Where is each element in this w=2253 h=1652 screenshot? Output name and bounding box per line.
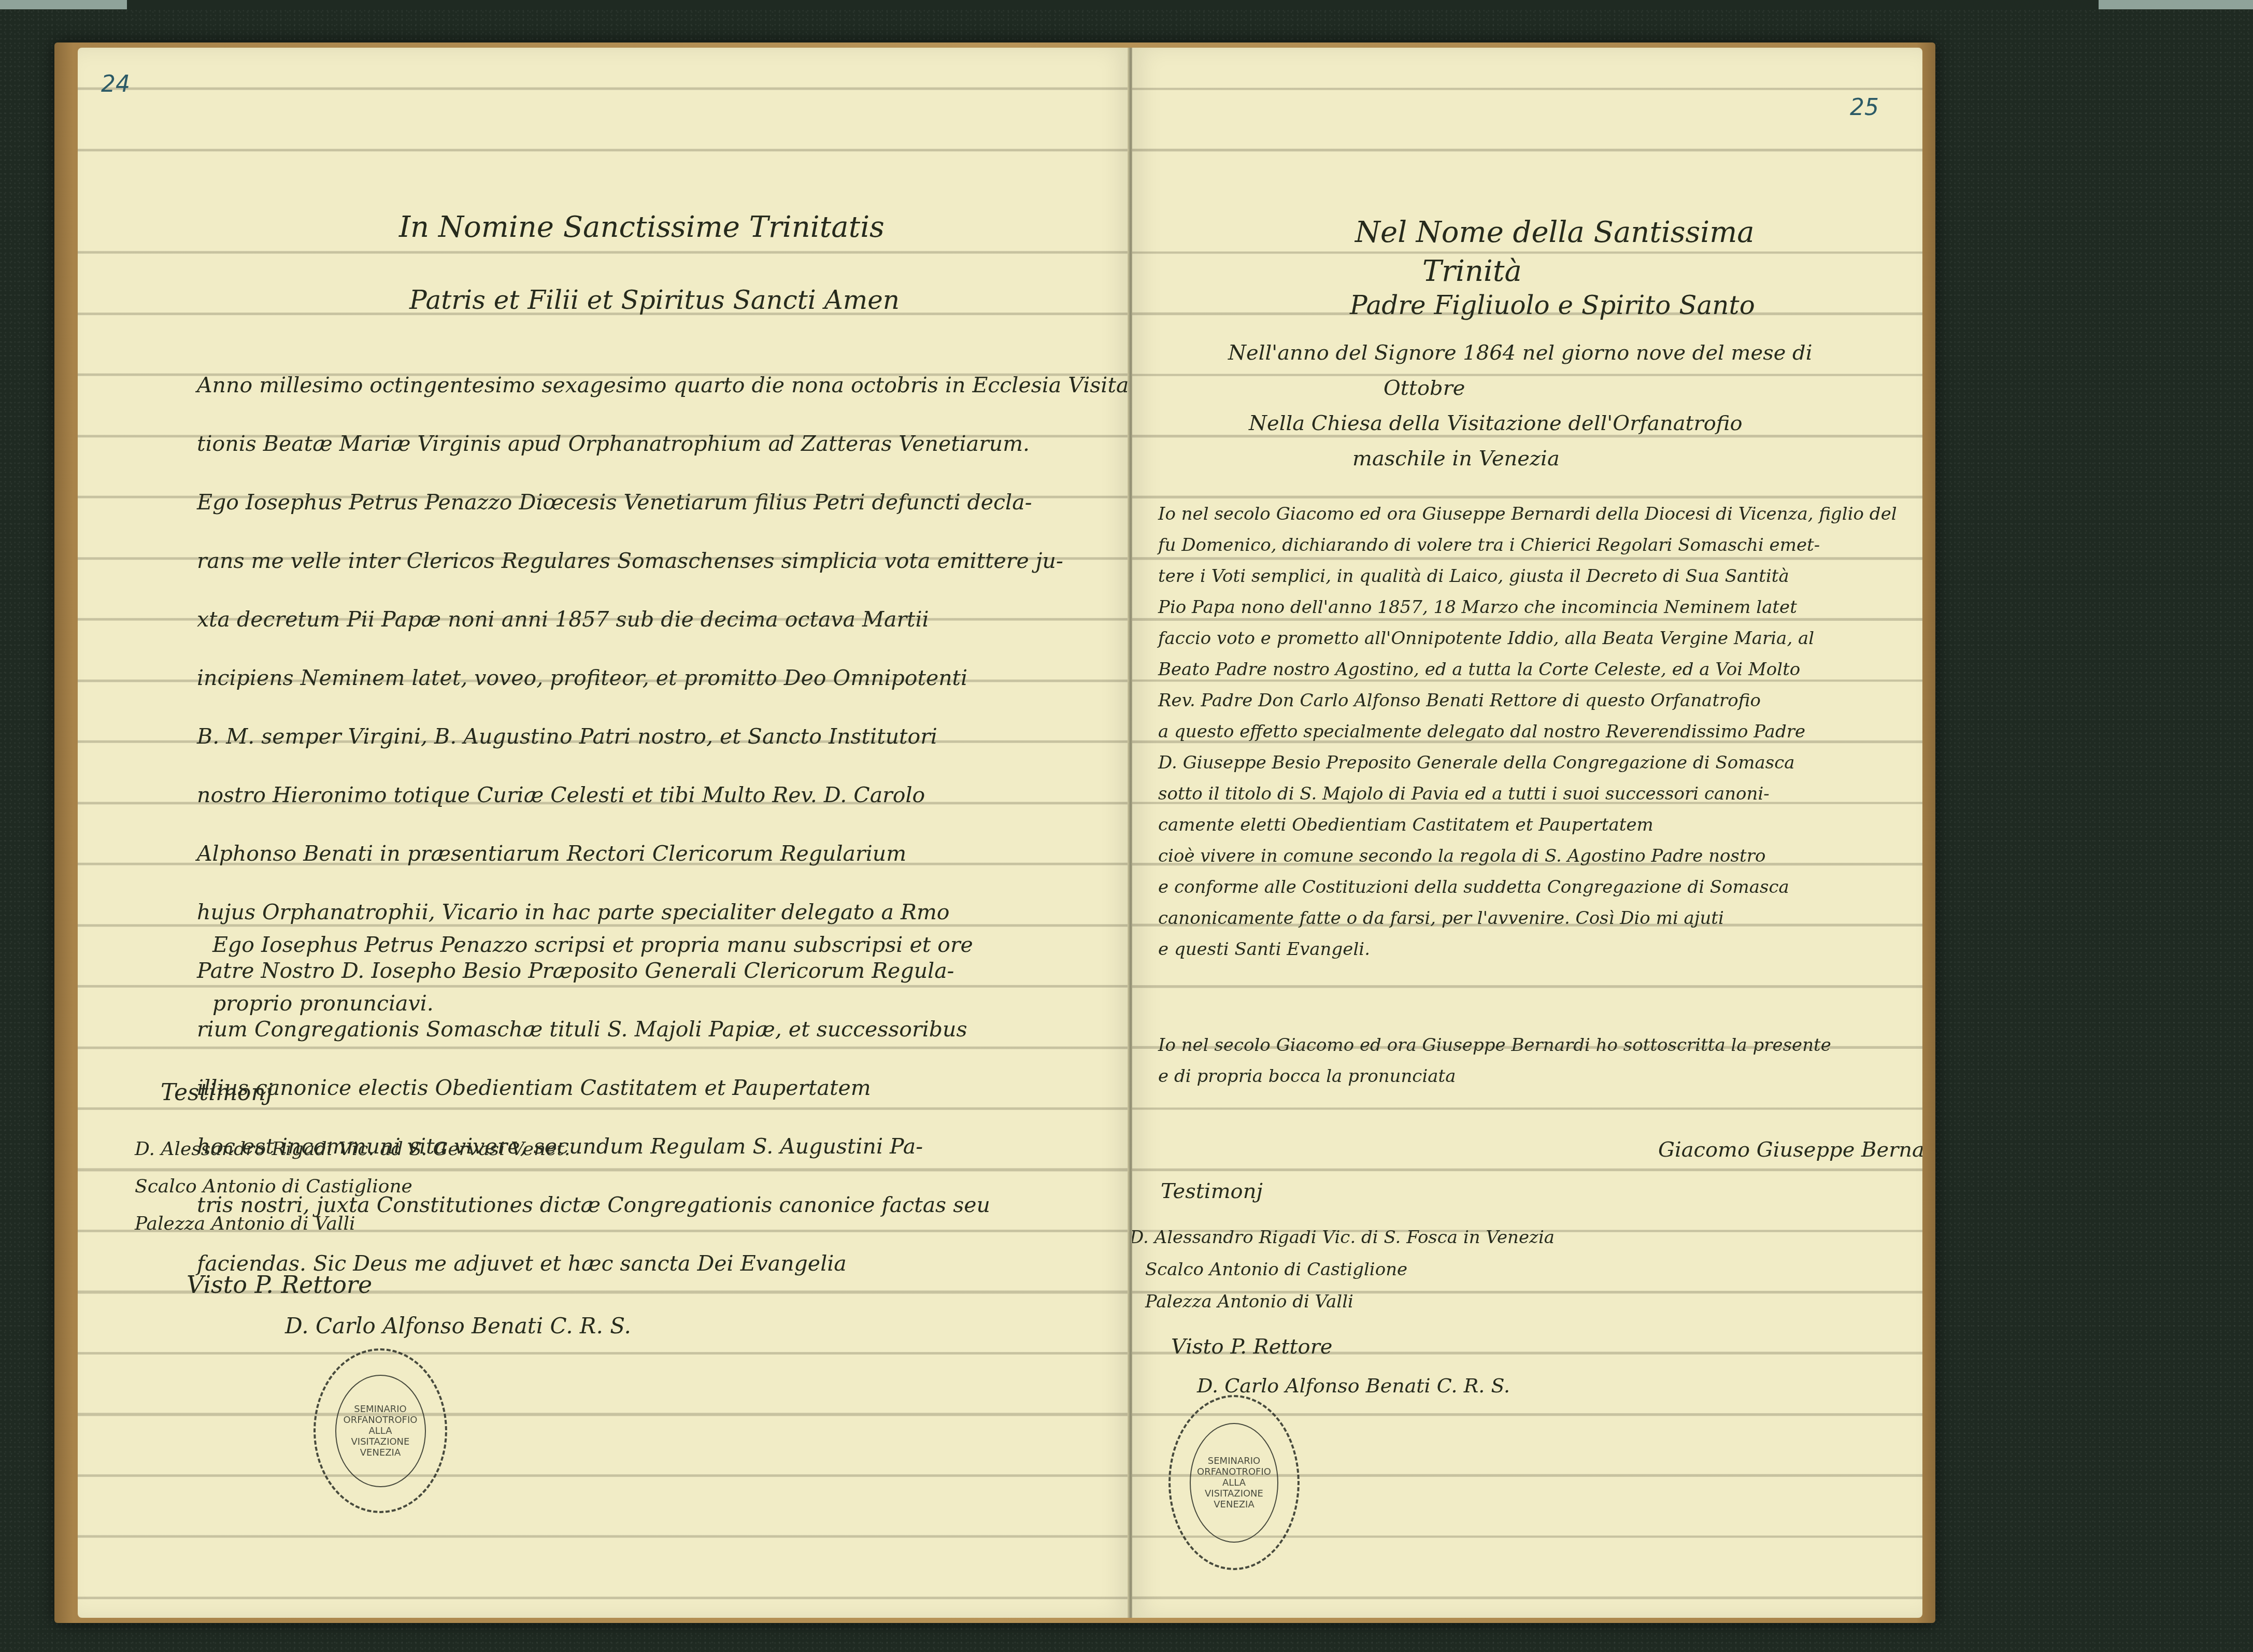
date-line: Nell'anno del Signore 1864 nel giorno no… <box>1228 335 1813 371</box>
date-month: Ottobre <box>1228 371 1813 406</box>
witness-name: Scalco Antonio di Castiglione <box>1132 1254 1555 1286</box>
left-body-line: Ego Iosephus Petrus Penazzo Diœcesis Ven… <box>197 473 1130 532</box>
left-body-line: Anno millesimo octingentesimo sexagesimo… <box>197 356 1130 415</box>
page-number-left: 24 <box>101 71 130 97</box>
witness-name: Palezza Antonio di Valli <box>135 1205 570 1243</box>
declaration-line: Io nel secolo Giacomo ed ora Giuseppe Be… <box>1158 1030 1831 1061</box>
left-body-line: illius canonice electis Obedientiam Cast… <box>197 1059 1130 1117</box>
right-body-line: canonicamente fatte o da farsi, per l'av… <box>1158 903 1897 934</box>
right-body-line: camente eletti Obedientiam Castitatem et… <box>1158 809 1897 841</box>
right-page: 25 Nel Nome della Santissima Trinità Pad… <box>1132 48 1922 1618</box>
left-body-line: xta decretum Pii Papæ noni anni 1857 sub… <box>197 590 1130 649</box>
right-body: Io nel secolo Giacomo ed ora Giuseppe Be… <box>1158 499 1897 965</box>
declaration-line: e di propria bocca la pronunciata <box>1158 1061 1831 1092</box>
right-body-line: Io nel secolo Giacomo ed ora Giuseppe Be… <box>1158 499 1897 530</box>
left-page: 24 In Nomine Sanctissime Trinitatis Patr… <box>78 48 1130 1618</box>
right-body-line: fu Domenico, dichiarando di volere tra i… <box>1158 530 1897 561</box>
right-body-line: faccio voto e prometto all'Onnipotente I… <box>1158 623 1897 654</box>
left-rector-signature: D. Carlo Alfonso Benati C. R. S. <box>285 1302 631 1350</box>
right-body-line: tere i Voti semplici, in qualità di Laic… <box>1158 561 1897 592</box>
bernardi-signature: Giacomo Giuseppe Bernardi <box>1658 1126 1922 1174</box>
left-body-line: Alphonso Benati in præsentiarum Rectori … <box>197 824 1130 883</box>
right-body-line: a questo effetto specialmente delegato d… <box>1158 716 1897 747</box>
stamp-text: SEMINARIO ORFANOTROFIO ALLA VISITAZIONE … <box>1194 1456 1275 1510</box>
right-date-place: Nell'anno del Signore 1864 nel giorno no… <box>1228 335 1813 476</box>
right-title-line1: Nel Nome della Santissima <box>1355 208 1755 257</box>
scan-background-strip <box>0 0 2253 9</box>
right-body-line: Beato Padre nostro Agostino, ed a tutta … <box>1158 654 1897 685</box>
right-declaration: Io nel secolo Giacomo ed ora Giuseppe Be… <box>1158 1030 1831 1092</box>
declaration-line: Ego Iosephus Petrus Penazzo scripsi et p… <box>212 916 973 974</box>
right-body-line: sotto il titolo di S. Majolo di Pavia ed… <box>1158 778 1897 809</box>
right-body-line: e conforme alle Costituzioni della sudde… <box>1158 872 1897 903</box>
left-subtitle: Patris et Filii et Spiritus Sancti Amen <box>409 276 900 324</box>
witness-name: D. Alessandro Rigadi Vic. di S. Fosca in… <box>1132 1221 1555 1254</box>
left-body-line: incipiens Neminem latet, voveo, profiteo… <box>197 649 1130 707</box>
witness-name: Palezza Antonio di Valli <box>1132 1286 1555 1318</box>
stamp-text: SEMINARIO ORFANOTROFIO ALLA VISITAZIONE … <box>339 1404 422 1458</box>
left-title: In Nomine Sanctissime Trinitatis <box>399 203 885 252</box>
place-city: maschile in Venezia <box>1228 441 1813 476</box>
right-body-line: e questi Santi Evangeli. <box>1158 934 1897 965</box>
right-body-line: Pio Papa nono dell'anno 1857, 18 Marzo c… <box>1158 592 1897 623</box>
right-witnesses: D. Alessandro Rigadi Vic. di S. Fosca in… <box>1132 1221 1555 1318</box>
page-number-right: 25 <box>1850 94 1879 121</box>
right-body-line: cioè vivere in comune secondo la regola … <box>1158 841 1897 872</box>
left-witnesses-label: Testimonj <box>161 1069 273 1117</box>
left-witnesses: D. Alessandro Rigadi Vic. ad S. Gervasi … <box>135 1131 570 1243</box>
left-declaration: Ego Iosephus Petrus Penazzo scripsi et p… <box>212 916 973 1033</box>
right-witnesses-label: Testimonj <box>1161 1167 1263 1216</box>
left-body-line: B. M. semper Virgini, B. Augustino Patri… <box>197 707 1130 766</box>
right-body-line: D. Giuseppe Besio Preposito Generale del… <box>1158 747 1897 778</box>
witness-name: D. Alessandro Rigadi Vic. ad S. Gervasi … <box>135 1131 570 1168</box>
orphanage-seal-stamp: SEMINARIO ORFANOTROFIO ALLA VISITAZIONE … <box>1168 1395 1300 1570</box>
place-line: Nella Chiesa della Visitazione dell'Orfa… <box>1228 406 1813 441</box>
witness-name: Scalco Antonio di Castiglione <box>135 1168 570 1205</box>
declaration-line: proprio pronunciavi. <box>212 974 973 1033</box>
left-body-line: rans me velle inter Clericos Regulares S… <box>197 532 1130 590</box>
left-body-line: nostro Hieronimo totique Curiæ Celesti e… <box>197 766 1130 824</box>
left-body-line: tionis Beatæ Mariæ Virginis apud Orphana… <box>197 415 1130 473</box>
right-subtitle: Padre Figliuolo e Spirito Santo <box>1350 281 1755 330</box>
orphanage-seal-stamp: SEMINARIO ORFANOTROFIO ALLA VISITAZIONE … <box>313 1348 447 1513</box>
right-body-line: Rev. Padre Don Carlo Alfonso Benati Rett… <box>1158 685 1897 716</box>
